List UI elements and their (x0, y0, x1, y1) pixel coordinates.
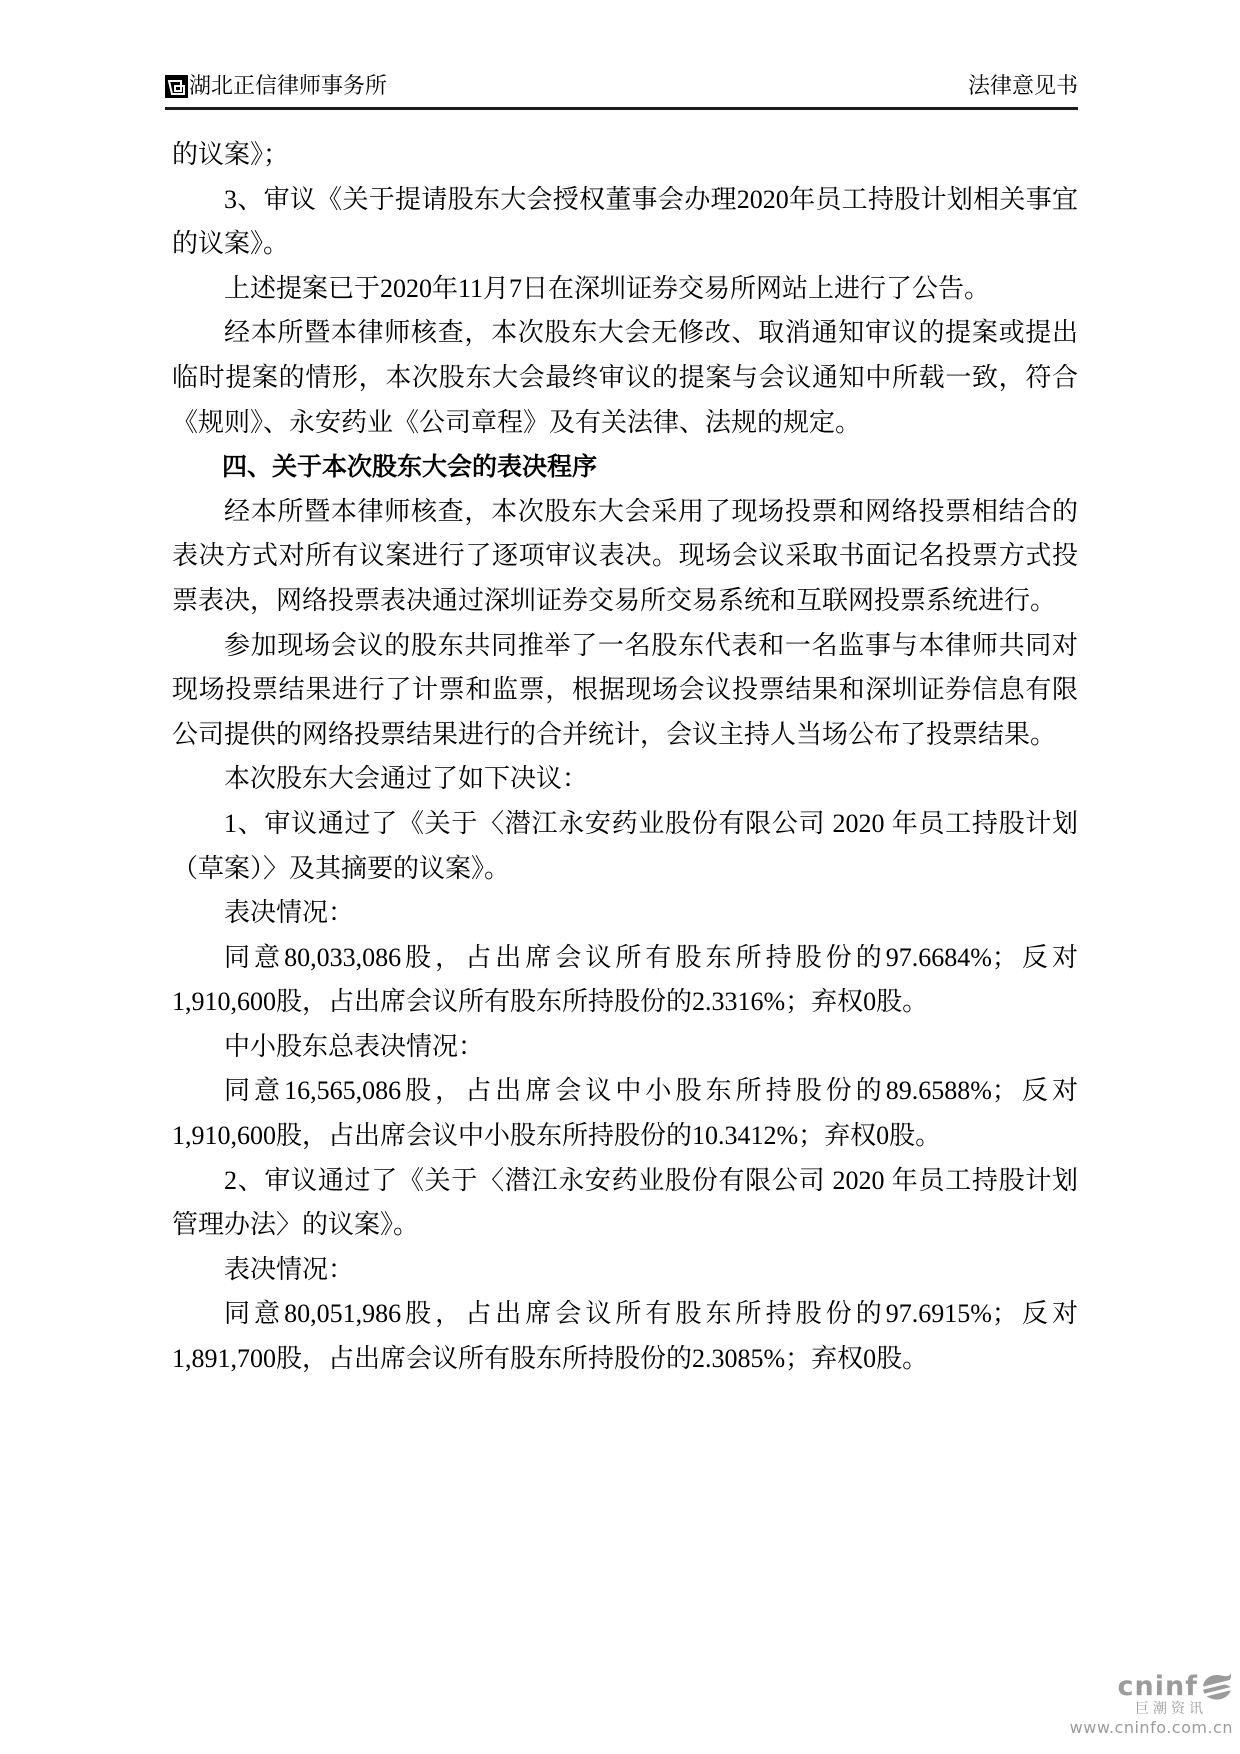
doc-type-label: 法律意见书 (968, 74, 1078, 98)
document-body: 的议案》；3、审议《关于提请股东大会授权董事会办理2020年员工持股计划相关事宜… (172, 133, 1078, 1382)
firm-identity: 湖北正信律师事务所 (165, 74, 387, 98)
cninfo-brand-chinese: 巨潮资讯 (1070, 1702, 1207, 1717)
cninfo-swoosh-icon (1201, 1671, 1233, 1701)
firm-logo-icon (165, 75, 188, 98)
firm-name: 湖北正信律师事务所 (189, 74, 387, 98)
paragraph: 上述提案已于2020年11月7日在深圳证券交易所网站上进行了公告。 (172, 267, 1078, 312)
paragraph: 经本所暨本律师核查，本次股东大会采用了现场投票和网络投票相结合的表决方式对所有议… (172, 490, 1078, 624)
paragraph: 同意16,565,086股，占出席会议中小股东所持股份的89.6588%；反对1… (172, 1069, 1078, 1158)
paragraph: 1、审议通过了《关于〈潜江永安药业股份有限公司 2020 年员工持股计划（草案）… (172, 802, 1078, 891)
paragraph: 表决情况： (172, 1248, 1078, 1293)
document-page: 湖北正信律师事务所 法律意见书 的议案》；3、审议《关于提请股东大会授权董事会办… (0, 0, 1240, 1754)
paragraph: 2、审议通过了《关于〈潜江永安药业股份有限公司 2020 年员工持股计划管理办法… (172, 1159, 1078, 1248)
paragraph: 同意80,033,086股，占出席会议所有股东所持股份的97.6684%；反对1… (172, 936, 1078, 1025)
section-heading: 四、关于本次股东大会的表决程序 (172, 445, 1078, 490)
paragraph: 参加现场会议的股东共同推举了一名股东代表和一名监事与本律师共同对现场投票结果进行… (172, 624, 1078, 758)
cninfo-brand-row: cninf (1070, 1671, 1233, 1701)
cninfo-website-url: www.cninfo.com.cn (1070, 1719, 1233, 1737)
paragraph: 中小股东总表决情况： (172, 1025, 1078, 1070)
paragraph: 表决情况： (172, 891, 1078, 936)
cninfo-brand-text: cninf (1118, 1673, 1198, 1700)
paragraph: 同意80,051,986股，占出席会议所有股东所持股份的97.6915%；反对1… (172, 1292, 1078, 1381)
paragraph: 本次股东大会通过了如下决议： (172, 757, 1078, 802)
paragraph: 3、审议《关于提请股东大会授权董事会办理2020年员工持股计划相关事宜的议案》。 (172, 178, 1078, 267)
page-header: 湖北正信律师事务所 法律意见书 (165, 74, 1078, 110)
paragraph: 的议案》； (172, 133, 1078, 178)
paragraph: 经本所暨本律师核查，本次股东大会无修改、取消通知审议的提案或提出临时提案的情形，… (172, 311, 1078, 445)
cninfo-watermark: cninf 巨潮资讯 www.cninfo.com.cn (1070, 1671, 1233, 1737)
